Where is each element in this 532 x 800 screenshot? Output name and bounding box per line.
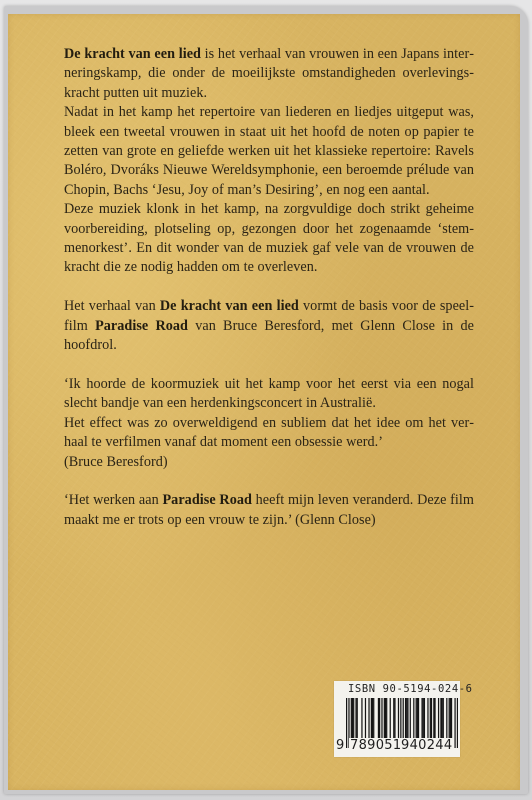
book-title: De kracht van een lied bbox=[64, 46, 201, 62]
beresford-attribution: (Bruce Beresford) bbox=[64, 453, 474, 472]
blurb-intro-paragraph: De kracht van een lied is het verhaal va… bbox=[64, 45, 474, 103]
book-title-mention: De kracht van een lied bbox=[160, 298, 299, 314]
film-paragraph: Het verhaal van De kracht van een lied v… bbox=[64, 297, 474, 355]
film-title-mention: Paradise Road bbox=[95, 318, 188, 334]
choir-paragraph: Deze muziek klonk in het kamp, na zorgvu… bbox=[64, 200, 474, 278]
film-title-quote: Paradise Road bbox=[162, 492, 251, 508]
repertoire-paragraph: Nadat in het kamp het repertoire van lie… bbox=[64, 103, 474, 200]
beresford-quote-line2: Het effect was zo overweldigend en subli… bbox=[64, 414, 474, 453]
isbn-number: ISBN 90-5194-024-6 bbox=[348, 683, 473, 695]
back-cover-blurb: De kracht van een lied is het verhaal va… bbox=[64, 45, 474, 530]
beresford-quote-line1: ‘Ik hoorde de koormuziek uit het kamp vo… bbox=[64, 375, 474, 414]
close-quote: ‘Het werken aan Paradise Road heeft mijn… bbox=[64, 491, 474, 530]
isbn-barcode-label: ISBN 90-5194-024-6 9 789051 940244 bbox=[334, 681, 460, 757]
ean-first-digit: 9 bbox=[336, 738, 344, 754]
ean-right-group: 940244 bbox=[400, 738, 453, 754]
ean-left-group: 789051 bbox=[349, 738, 402, 754]
